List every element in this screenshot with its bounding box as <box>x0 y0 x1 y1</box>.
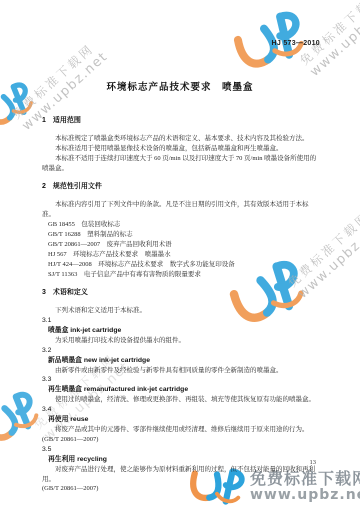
term-name: 再生利用 recycling <box>42 455 320 465</box>
reference-item: GB/T 16288 塑料制品的标志 <box>42 230 320 240</box>
section-1-heading: 1 适用范围 <box>42 116 320 126</box>
term-definition: 使用过的喷墨盒，经清洗、修理或更换部件、再组装、填充等使其恢复原有功能的喷墨盒。 <box>42 395 320 405</box>
section-1-paragraph: 本标准规定了喷墨盒类环境标志产品的术语和定义、基本要求、技术内容及其检验方法。 <box>42 134 320 144</box>
term-name: 喷墨盒 ink-jet cartridge <box>42 326 320 336</box>
doc-title: 环境标志产品技术要求 喷墨盒 <box>0 79 360 93</box>
reference-item: SJ/T 11363 电子信息产品中有毒有害物质的限量要求 <box>42 270 320 280</box>
section-1-paragraph: 本标准不适用于连续打印速度大于 60 页/min 以及打印速度大于 70 页/m… <box>42 154 320 174</box>
term-3-4: 3.4 再使用 reuse 将废产品或其中的元器件、零部件继续使用或经清理、维修… <box>42 405 320 445</box>
term-3-3: 3.3 再生喷墨盒 remanufactured ink-jet cartrid… <box>42 375 320 405</box>
term-number: 3.2 <box>42 346 320 356</box>
section-3-intro: 下列术语和定义适用于本标准。 <box>42 306 320 316</box>
term-source: (GB/T 20861—2007) <box>42 435 320 445</box>
term-name: 新品喷墨盒 new ink-jet cartridge <box>42 356 320 366</box>
document-page: 免费标准下载网 www.upbz.net 免费标准下载网 www.upbz.ne… <box>0 0 360 509</box>
page-number: 13 <box>310 459 317 466</box>
section-2-intro: 本标准内容引用了下列文件中的条款。凡是不注日期的引用文件，其有效版本适用于本标准… <box>42 200 320 220</box>
term-3-1: 3.1 喷墨盒 ink-jet cartridge 为采用喷墨打印技术的设备提供… <box>42 316 320 346</box>
term-source: (GB/T 20861—2007) <box>42 484 320 494</box>
watermark-site-name: 免费标准下载网 <box>296 0 360 69</box>
term-3-2: 3.2 新品喷墨盒 new ink-jet cartridge 由新零件或由新零… <box>42 346 320 376</box>
reference-item: GB 18455 包装回收标志 <box>42 220 320 230</box>
term-name: 再使用 reuse <box>42 415 320 425</box>
term-definition: 对废弃产品进行处理，使之能够作为原材料重新利用的过程，但不包括对能量的回收和再利… <box>42 465 320 485</box>
reference-item: HJ/T 424—2008 环境标志产品技术要求 数字式多功能复印设备 <box>42 260 320 270</box>
section-2-heading: 2 规范性引用文件 <box>42 182 320 192</box>
doc-number: HJ 573—2010 <box>272 40 320 47</box>
term-definition: 由新零件或由新零件及经检验与新零件具有相同质量的零件全新制造的喷墨盒。 <box>42 366 320 376</box>
reference-item: GB/T 20861—2007 废弃产品回收利用术语 <box>42 240 320 250</box>
term-number: 3.3 <box>42 375 320 385</box>
term-3-5: 3.5 再生利用 recycling 对废弃产品进行处理，使之能够作为原材料重新… <box>42 445 320 495</box>
term-number: 3.1 <box>42 316 320 326</box>
doc-content: 1 适用范围 本标准规定了喷墨盒类环境标志产品的术语和定义、基本要求、技术内容及… <box>42 116 320 494</box>
term-number: 3.5 <box>42 445 320 455</box>
reference-item: HJ 567 环境标志产品技术要求 喷墨墨水 <box>42 250 320 260</box>
term-name: 再生喷墨盒 remanufactured ink-jet cartridge <box>42 385 320 395</box>
term-definition: 为采用喷墨打印技术的设备提供墨水的组件。 <box>42 336 320 346</box>
section-3-heading: 3 术语和定义 <box>42 288 320 298</box>
term-number: 3.4 <box>42 405 320 415</box>
section-1-paragraph: 本标准适用于使用喷墨显像技术设备的喷墨盒，包括新品喷墨盒和再生喷墨盒。 <box>42 144 320 154</box>
term-definition: 将废产品或其中的元器件、零部件继续使用或经清理、维修后继续用于原来用途的行为。 <box>42 425 320 435</box>
